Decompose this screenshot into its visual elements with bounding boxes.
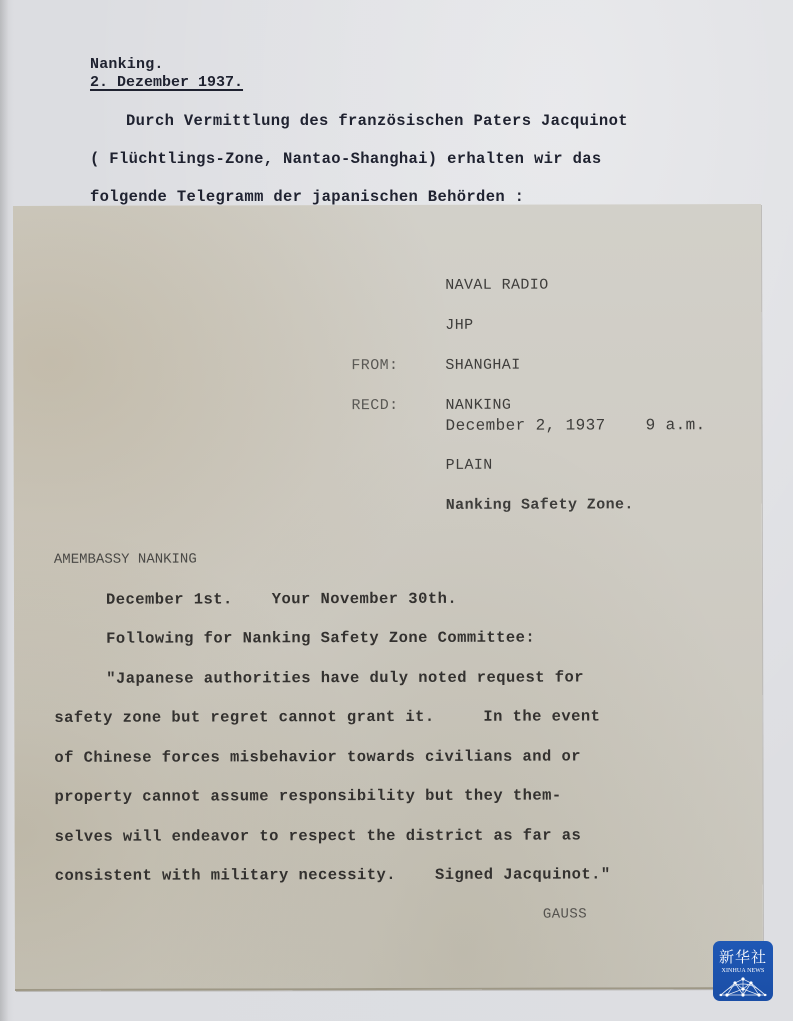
body-line-2: Following for Nanking Safety Zone Commit… [54,618,754,659]
telegram-service: NAVAL RADIO [445,277,548,294]
body-line-3: "Japanese authorities have duly noted re… [54,658,754,699]
intro-line-1: Durch Vermittlung des französischen Pate… [90,102,790,140]
page-binding-edge [0,0,8,1021]
network-globe-icon [717,975,769,999]
signature: GAUSS [55,895,755,936]
from-value: SHANGHAI [445,357,520,374]
date-line: 2. Dezember 1937. [90,74,790,92]
body-line-6: property cannot assume responsibility bu… [54,776,754,817]
watermark-chinese-text: 新华社 [713,948,773,966]
recd-value: NANKING [445,397,511,414]
body-line-8: consistent with military necessity. Sign… [55,855,755,896]
place-line: Nanking. [90,56,790,74]
intro-paragraph: Durch Vermittlung des französischen Pate… [90,102,790,216]
telegram-subject: Nanking Safety Zone. [446,496,634,513]
telegram-type: PLAIN [446,457,493,474]
body-line-7: selves will endeavor to respect the dist… [55,816,755,857]
telegram-code: JHP [445,317,473,334]
telegram-body: AMEMBASSY NANKING December 1st. Your Nov… [54,539,755,936]
telegram-datetime: December 2, 1937 9 a.m. [446,416,706,435]
body-line-4: safety zone but regret cannot grant it. … [54,697,754,738]
body-line-5: of Chinese forces misbehavior towards ci… [54,737,754,778]
recd-label: RECD: [351,397,398,414]
from-label: FROM: [351,357,398,374]
xinhua-watermark-logo: 新华社 XINHUA NEWS [713,941,773,1001]
intro-line-2: ( Flüchtlings-Zone, Nantao-Shanghai) erh… [90,140,790,178]
german-cover-note: Nanking. 2. Dezember 1937. Durch Vermitt… [90,56,790,216]
watermark-english-text: XINHUA NEWS [713,967,773,975]
addressee: AMEMBASSY NANKING [54,539,754,580]
pasted-telegram: NAVAL RADIO JHP FROM: SHANGHAI RECD: NAN… [13,204,763,991]
body-line-1: December 1st. Your November 30th. [54,579,754,620]
